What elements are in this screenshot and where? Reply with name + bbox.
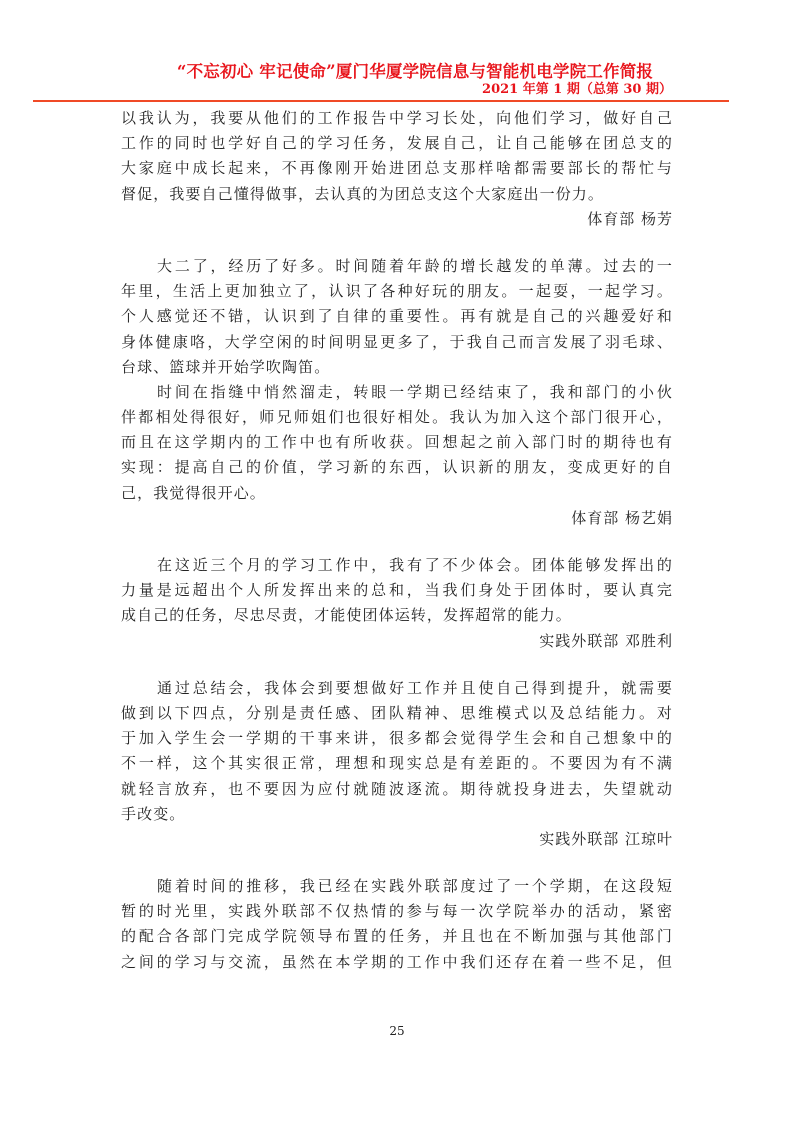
text-line: 不一样，这个其实很正常，理想和现实总是有差距的。不要因为有不满 (121, 751, 673, 776)
paragraph: 以我认为，我要从他们的工作报告中学习长处，向他们学习，做好自己 工作的同时也学好… (121, 106, 673, 232)
signature: 体育部 杨芳 (121, 207, 673, 232)
text-line: 己，我觉得很开心。 (121, 481, 673, 506)
text-line: 时间在指缝中悄然溜走，转眼一学期已经结束了，我和部门的小伙 (121, 380, 673, 405)
page-number: 25 (0, 1024, 794, 1038)
text-line: 台球、篮球并开始学吹陶笛。 (121, 355, 673, 380)
signature: 实践外联部 江琼叶 (121, 827, 673, 852)
paragraph: 在这近三个月的学习工作中，我有了不少体会。团体能够发挥出的 力量是远超出个人所发… (121, 553, 673, 654)
text-line: 以我认为，我要从他们的工作报告中学习长处，向他们学习，做好自己 (121, 106, 673, 131)
signature: 体育部 杨艺娟 (121, 506, 673, 531)
article-body: 以我认为，我要从他们的工作报告中学习长处，向他们学习，做好自己 工作的同时也学好… (121, 106, 673, 975)
text-line: 于加入学生会一学期的干事来讲，很多都会觉得学生会和自己想象中的 (121, 726, 673, 751)
text-line: 大家庭中成长起来，不再像刚开始进团总支那样啥都需要部长的帮忙与 (121, 156, 673, 181)
text-line: 年里，生活上更加独立了，认识了各种好玩的朋友。一起耍，一起学习。 (121, 279, 673, 304)
text-line: 工作的同时也学好自己的学习任务，发展自己，让自己能够在团总支的 (121, 131, 673, 156)
text-line: 力量是远超出个人所发挥出来的总和，当我们身处于团体时，要认真完 (121, 578, 673, 603)
text-line: 而且在这学期内的工作中也有所收获。回想起之前入部门时的期待也有 (121, 430, 673, 455)
paragraph: 时间在指缝中悄然溜走，转眼一学期已经结束了，我和部门的小伙 伴都相处得很好，师兄… (121, 380, 673, 531)
text-line: 在这近三个月的学习工作中，我有了不少体会。团体能够发挥出的 (121, 553, 673, 578)
signature: 实践外联部 邓胜利 (121, 629, 673, 654)
text-line: 做到以下四点，分别是责任感、团队精神、思维模式以及总结能力。对 (121, 701, 673, 726)
paragraph: 通过总结会，我体会到要想做好工作并且使自己得到提升，就需要 做到以下四点，分别是… (121, 676, 673, 852)
paragraph: 随着时间的推移，我已经在实践外联部度过了一个学期，在这段短 暂的时光里，实践外联… (121, 874, 673, 975)
text-line: 暂的时光里，实践外联部不仅热情的参与每一次学院举办的活动，紧密 (121, 899, 673, 924)
text-line: 的配合各部门完成学院领导布置的任务，并且也在不断加强与其他部门 (121, 924, 673, 949)
text-line: 实现：提高自己的价值，学习新的东西，认识新的朋友，变成更好的自 (121, 455, 673, 480)
text-line: 督促，我要自己懂得做事，去认真的为团总支这个大家庭出一份力。 (121, 182, 673, 207)
paragraph: 大二了，经历了好多。时间随着年龄的增长越发的单薄。过去的一 年里，生活上更加独立… (121, 254, 673, 380)
text-line: 随着时间的推移，我已经在实践外联部度过了一个学期，在这段短 (121, 874, 673, 899)
header-title: “不忘初心 牢记使命”厦门华厦学院信息与智能机电学院工作简报 (0, 58, 794, 82)
text-line: 大二了，经历了好多。时间随着年龄的增长越发的单薄。过去的一 (121, 254, 673, 279)
header-issue: 2021 年第 1 期（总第 30 期） (482, 78, 672, 97)
text-line: 手改变。 (121, 802, 673, 827)
text-line: 身体健康咯，大学空闲的时间明显更多了，于我自己而言发展了羽毛球、 (121, 330, 673, 355)
text-line: 通过总结会，我体会到要想做好工作并且使自己得到提升，就需要 (121, 676, 673, 701)
text-line: 伴都相处得很好，师兄师姐们也很好相处。我认为加入这个部门很开心， (121, 405, 673, 430)
header-rule (33, 100, 729, 102)
text-line: 之间的学习与交流，虽然在本学期的工作中我们还存在着一些不足，但 (121, 950, 673, 975)
text-line: 就轻言放弃，也不要因为应付就随波逐流。期待就投身进去，失望就动 (121, 777, 673, 802)
text-line: 成自己的任务，尽忠尽责，才能使团体运转，发挥超常的能力。 (121, 603, 673, 628)
text-line: 个人感觉还不错，认识到了自律的重要性。再有就是自己的兴趣爱好和 (121, 304, 673, 329)
